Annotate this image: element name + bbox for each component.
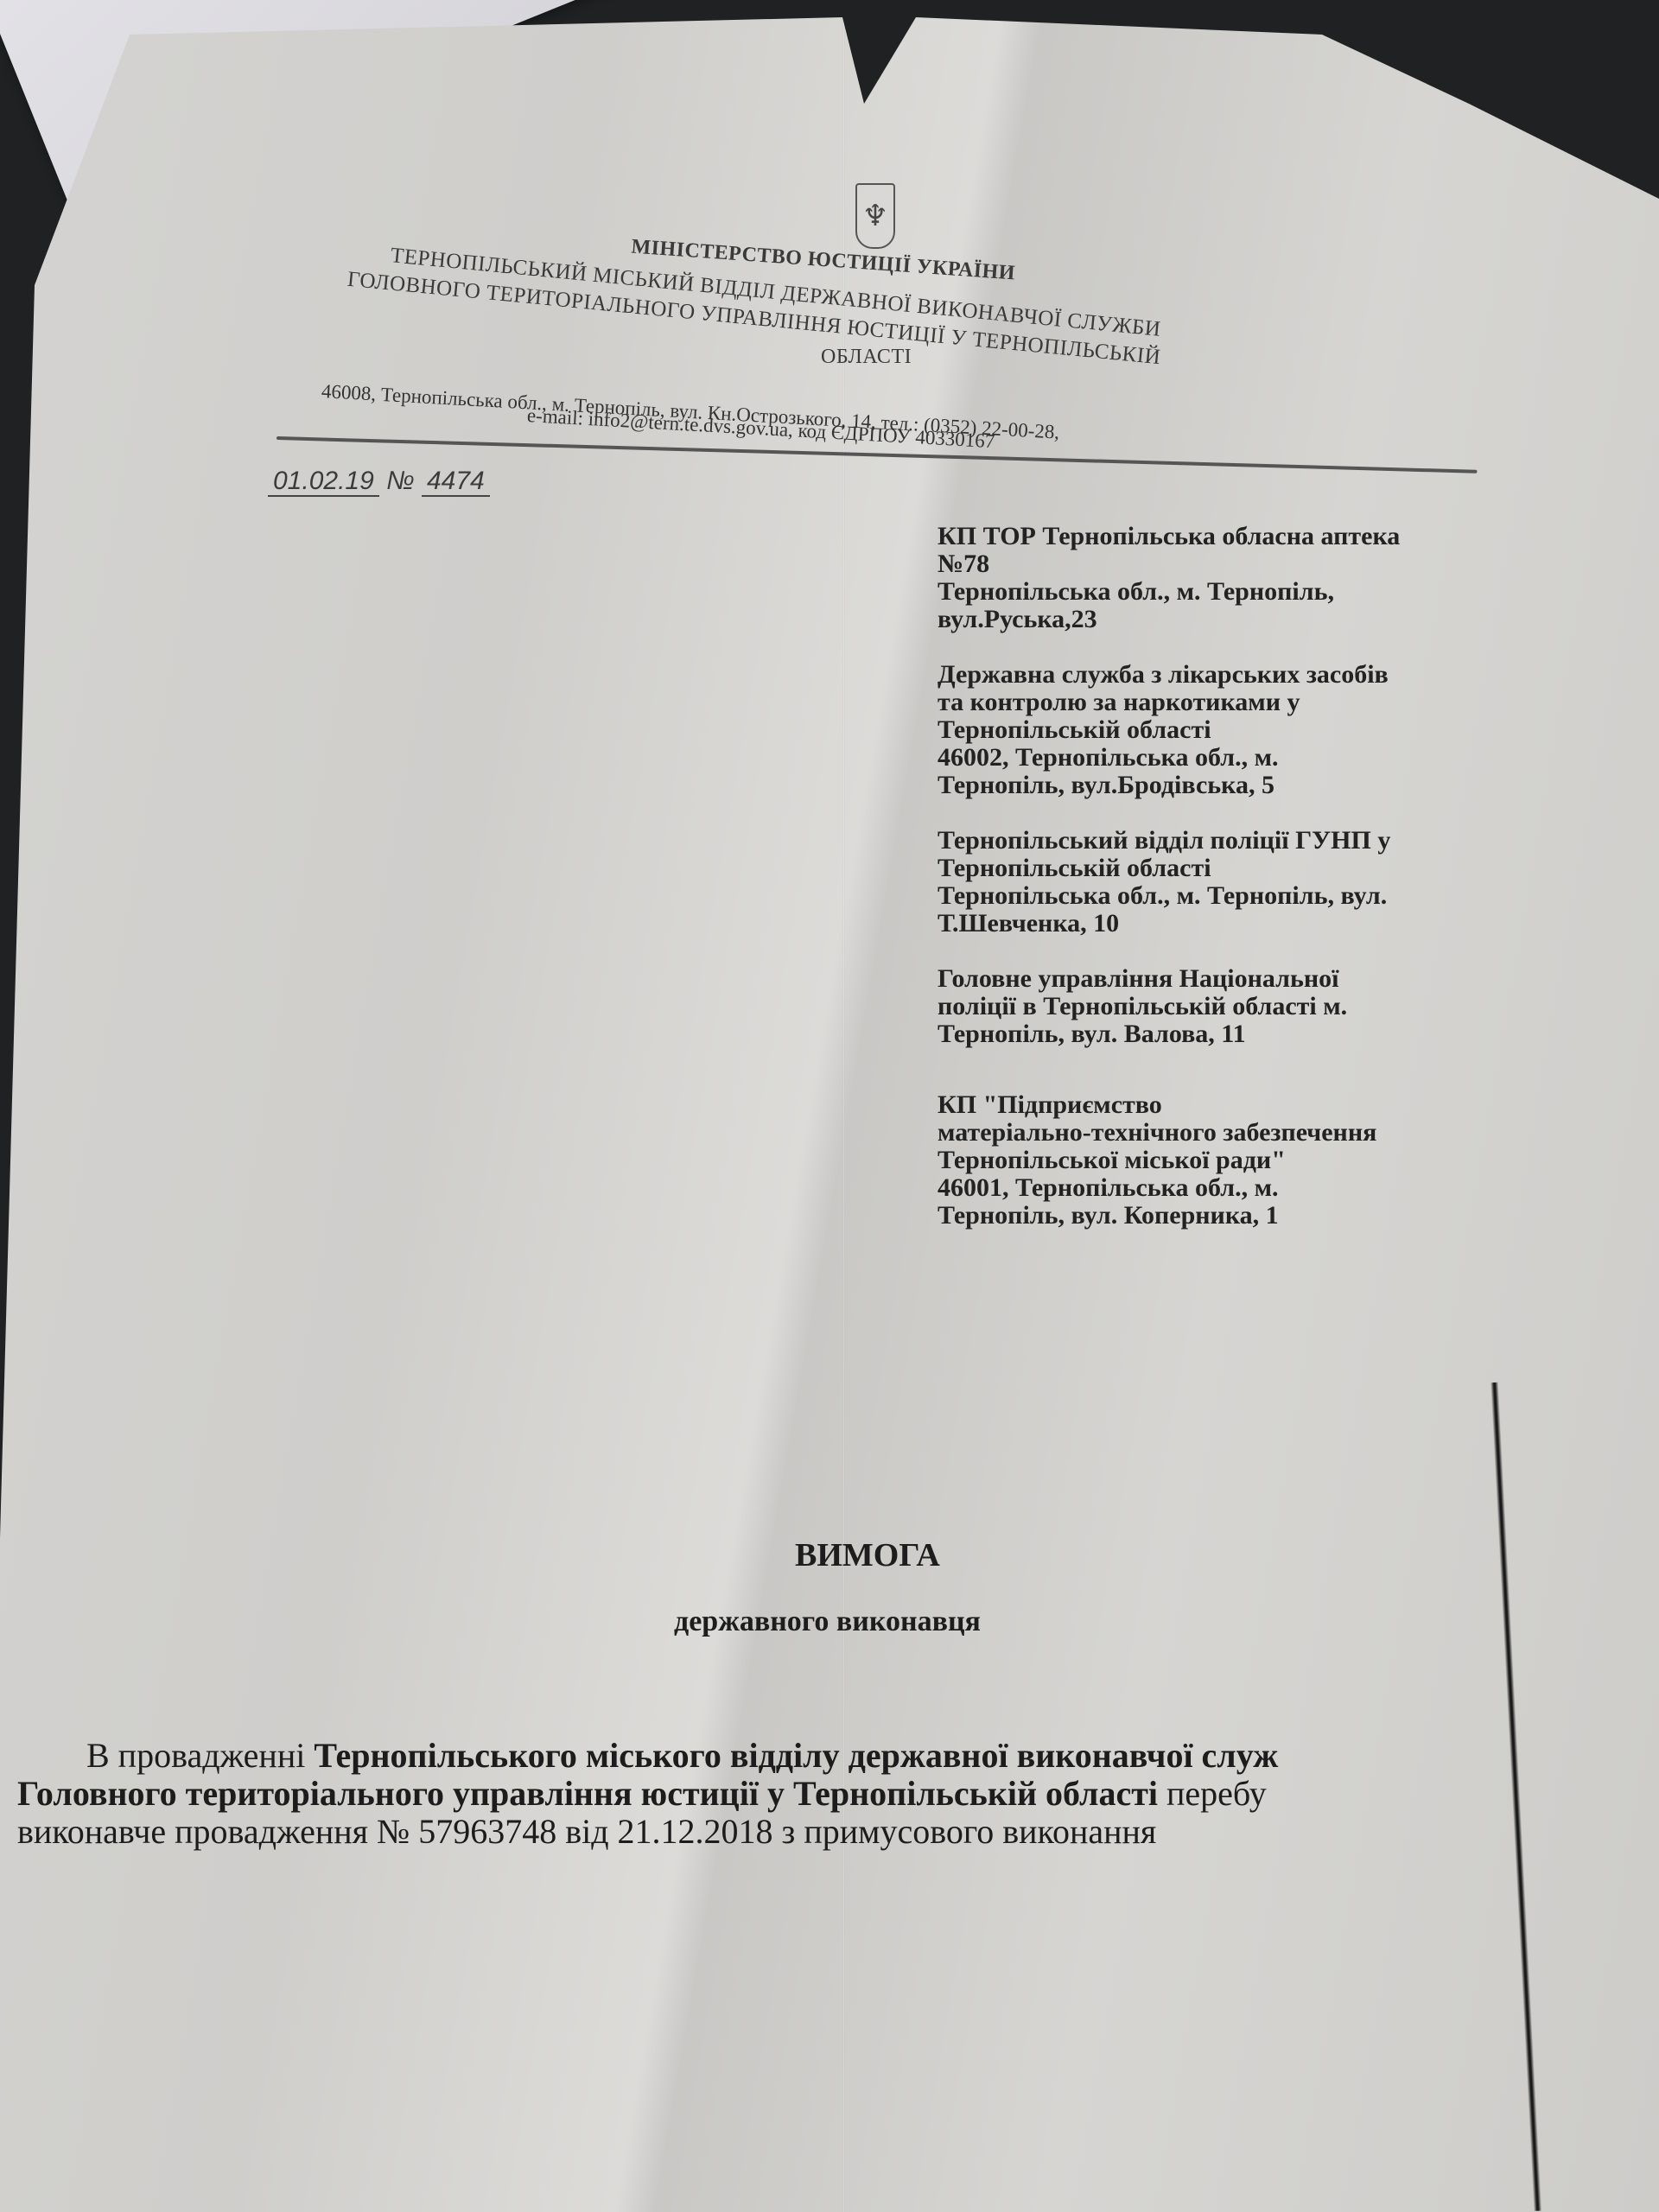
- body-line-3: виконавче провадження № 57963748 від 21.…: [17, 1813, 1659, 1851]
- document-page: ♆ Міністерство юстиції України Тернопіль…: [0, 0, 1659, 2212]
- document-subtitle: державного виконавця: [674, 1605, 981, 1638]
- registration-date: 01.02.19: [268, 467, 379, 497]
- recipients-block: КП ТОР Тернопільська обласна аптека №78 …: [938, 523, 1560, 1257]
- document-title: ВИМОГА: [795, 1536, 940, 1574]
- department-line-3: області: [821, 346, 912, 369]
- document-body: В провадженні Тернопільського міського в…: [17, 1737, 1659, 1851]
- body-line-1: В провадженні Тернопільського міського в…: [17, 1737, 1659, 1775]
- registration-number-label: №: [386, 467, 415, 495]
- registration-line: 01.02.19 № 4474: [268, 467, 490, 496]
- registration-number: 4474: [422, 467, 490, 497]
- body-line-2: Головного територіального управління юст…: [17, 1775, 1659, 1813]
- recipient: КП "Підприємство матеріально-технічного …: [938, 1091, 1560, 1230]
- recipient: Тернопільський відділ поліції ГУНП у Тер…: [938, 827, 1560, 938]
- recipient: Державна служба з лікарських засобів та …: [938, 661, 1560, 799]
- recipient: КП ТОР Тернопільська обласна аптека №78 …: [938, 523, 1560, 633]
- recipient: Головне управління Національної поліції …: [938, 965, 1560, 1048]
- trident-emblem-icon: ♆: [855, 183, 895, 249]
